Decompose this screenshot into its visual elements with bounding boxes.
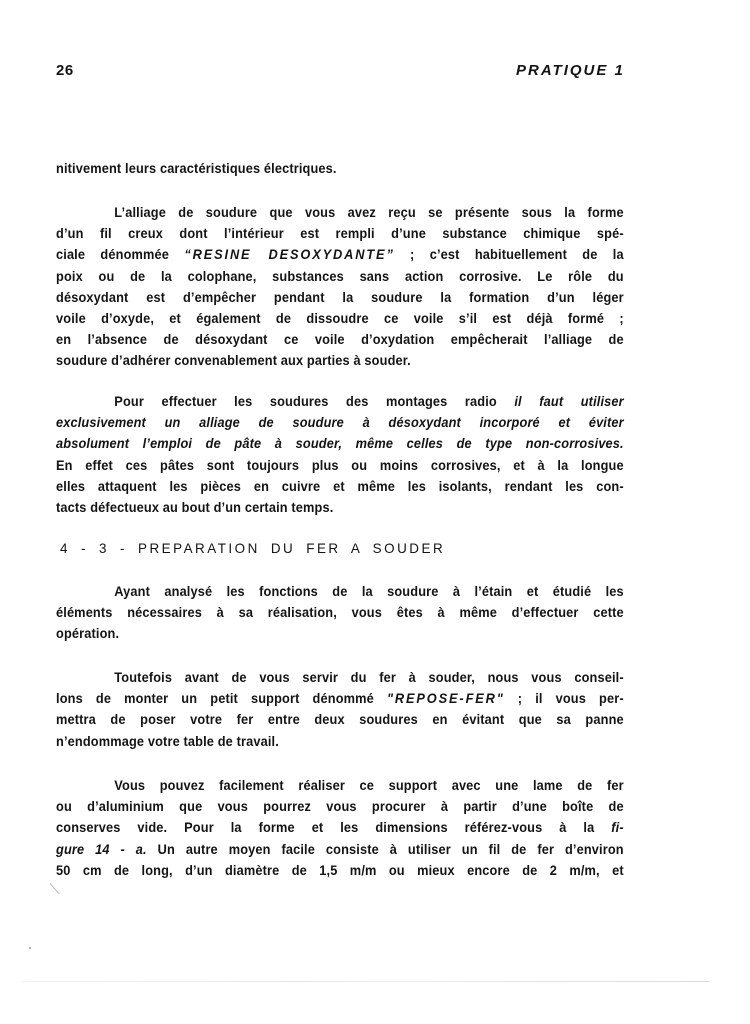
emphasized-term: "REPOSE-FER" — [387, 691, 505, 706]
text-line-with-emphasis: gure 14 - a. Un autre moyen facile consi… — [56, 839, 624, 860]
scan-edge-line — [22, 981, 710, 982]
text-line: opération. — [56, 623, 624, 644]
text-line: mettra de poser votre fer entre deux sou… — [56, 709, 624, 730]
text-line: nitivement leurs caractéristiques électr… — [56, 158, 624, 179]
text-line: désoxydant est d’empêcher pendant la sou… — [56, 287, 624, 308]
emphasized-term: “RESINE DESOXYDANTE” — [184, 247, 394, 262]
emphasized-line: exclusivement un alliage de soudure à dé… — [56, 412, 624, 433]
text-line-with-emphasis: Pour effectuer les soudures des montages… — [56, 391, 624, 412]
text-line: poix ou de la colophane, substances sans… — [56, 266, 624, 287]
text-fragment: Un autre moyen facile consiste à utilise… — [147, 842, 624, 857]
text-line: En effet ces pâtes sont toujours plus ou… — [56, 455, 624, 476]
text-line: Vous pouvez facilement réaliser ce suppo… — [56, 775, 624, 796]
text-fragment: ciale dénommée — [56, 247, 184, 262]
section-heading: 4 - 3 - PREPARATION DU FER A SOUDER — [60, 540, 445, 556]
running-head: PRATIQUE 1 — [516, 62, 625, 79]
emphasized-text: il faut utiliser — [514, 394, 623, 409]
text-line: Toutefois avant de vous servir du fer à … — [56, 667, 624, 688]
paragraph-support: Vous pouvez facilement réaliser ce suppo… — [56, 775, 624, 881]
text-line: Ayant analysé les fonctions de la soudur… — [56, 581, 624, 602]
text-line: voile d’oxyde, et également de dissoudre… — [56, 308, 624, 329]
scan-dot — [29, 947, 31, 949]
paragraph-soudures-radio: Pour effectuer les soudures des montages… — [56, 391, 624, 518]
text-line: soudure d’adhérer convenablement aux par… — [56, 350, 624, 371]
text-line: en l’absence de désoxydant ce voile d’ox… — [56, 329, 624, 350]
text-line: tacts défectueux au bout d’un certain te… — [56, 497, 624, 518]
paragraph-continuation: nitivement leurs caractéristiques électr… — [56, 158, 624, 179]
text-line: L’alliage de soudure que vous avez reçu … — [56, 202, 624, 223]
scan-mark — [50, 883, 60, 894]
text-fragment: conserves vide. Pour la forme et les dim… — [56, 820, 611, 835]
text-fragment: Pour effectuer les soudures des montages… — [114, 394, 514, 409]
text-line: d’un fil creux dont l’intérieur est remp… — [56, 223, 624, 244]
text-line-with-term: ciale dénommée “RESINE DESOXYDANTE” ; c’… — [56, 244, 624, 265]
text-fragment: ; c’est habituellement de la — [410, 247, 624, 262]
paragraph-ayant-analyse: Ayant analysé les fonctions de la soudur… — [56, 581, 624, 645]
text-line: ou d’aluminium que vous pourrez vous pro… — [56, 796, 624, 817]
paragraph-alliage: L’alliage de soudure que vous avez reçu … — [56, 202, 624, 372]
text-line: 50 cm de long, d’un diamètre de 1,5 m/m … — [56, 860, 624, 881]
text-fragment: lons de monter un petit support dénommé — [56, 691, 387, 706]
emphasized-line: absolument l’emploi de pâte à souder, mê… — [56, 433, 624, 454]
paragraph-repose-fer: Toutefois avant de vous servir du fer à … — [56, 667, 624, 752]
text-fragment: ; il vous per- — [505, 691, 624, 706]
page-number: 26 — [56, 62, 74, 79]
figure-reference: gure 14 - a. — [56, 842, 147, 857]
text-line-with-term: lons de monter un petit support dénommé … — [56, 688, 624, 709]
figure-reference: fi- — [611, 820, 623, 835]
text-line: n’endommage votre table de travail. — [56, 731, 624, 752]
text-line: elles attaquent les pièces en cuivre et … — [56, 476, 624, 497]
text-line-with-emphasis: conserves vide. Pour la forme et les dim… — [56, 817, 624, 838]
text-line: éléments nécessaires à sa réalisation, v… — [56, 602, 624, 623]
